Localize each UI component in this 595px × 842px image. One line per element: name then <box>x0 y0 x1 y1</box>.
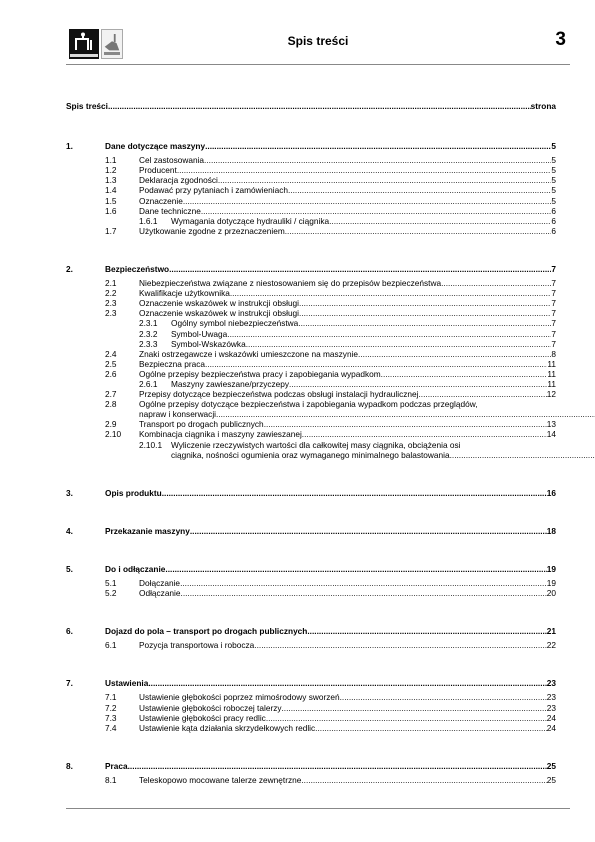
toc-entry[interactable]: 1.3Deklaracja zgodności5 <box>66 175 556 185</box>
toc-entry[interactable]: 5.2Odłączanie20 <box>66 588 556 598</box>
chapter-number: 4. <box>66 526 105 536</box>
dot-leader <box>302 429 547 439</box>
dot-leader <box>441 278 551 288</box>
entry-page: 7 <box>551 308 556 318</box>
toc-heading-title: Spis treści <box>66 101 108 111</box>
dot-leader <box>177 165 552 175</box>
toc-entry[interactable]: 7.1Ustawienie głębokości poprzez mimośro… <box>66 692 556 702</box>
entry-title: Ogólne przepisy bezpieczeństwa pracy i z… <box>139 369 381 379</box>
entry-number: 1.2 <box>105 165 139 175</box>
dot-leader <box>205 359 547 369</box>
entry-title: Bezpieczna praca <box>139 359 205 369</box>
toc-entry[interactable]: 1.4Podawać przy pytaniach i zamówieniach… <box>66 185 556 195</box>
entry-title: Wyliczenie rzeczywistych wartości dla ca… <box>171 440 595 450</box>
entry-title: Oznaczenie <box>139 196 183 206</box>
dot-leader <box>289 379 547 389</box>
entry-page: 20 <box>547 588 556 598</box>
toc-chapter-entry[interactable]: 4.Przekazanie maszyny18 <box>66 526 556 536</box>
toc-entry[interactable]: 2.6Ogólne przepisy bezpieczeństwa pracy … <box>66 369 556 379</box>
toc-entry[interactable]: 1.5Oznaczenie5 <box>66 196 556 206</box>
entry-number: 2.3.3 <box>139 339 171 349</box>
page-title: Spis treści <box>66 34 570 48</box>
entry-number: 2.7 <box>105 389 139 399</box>
entry-page: 12 <box>547 389 556 399</box>
entry-page: 6 <box>551 206 556 216</box>
entry-page: 7 <box>551 278 556 288</box>
entry-number: 2.6.1 <box>139 379 171 389</box>
toc-entry[interactable]: 2.8Ogólne przepisy dotyczące bezpieczeńs… <box>66 399 556 419</box>
entry-page: 25 <box>547 775 556 785</box>
entry-title: Kwalifikacje użytkownika <box>139 288 230 298</box>
toc-entry[interactable]: 6.1Pozycja transportowa i robocza22 <box>66 640 556 650</box>
entry-title: Symbol-Uwaga <box>171 329 227 339</box>
entry-title: Wymagania dotyczące hydrauliki / ciągnik… <box>171 216 329 226</box>
toc-entry[interactable]: 1.2Producent5 <box>66 165 556 175</box>
toc-chapter-entry[interactable]: 7.Ustawienia23 <box>66 678 556 688</box>
page-header: Spis treści 3 <box>66 26 570 64</box>
dot-leader <box>216 409 595 419</box>
entry-page: 23 <box>547 692 556 702</box>
toc-entry[interactable]: 2.4Znaki ostrzegawcze i wskazówki umiesz… <box>66 349 556 359</box>
dot-leader <box>418 389 546 399</box>
toc-entry[interactable]: 1.6.1Wymagania dotyczące hydrauliki / ci… <box>66 216 556 226</box>
entry-number: 2.4 <box>105 349 139 359</box>
chapter-page: 5 <box>551 141 556 151</box>
entry-page: 19 <box>547 578 556 588</box>
toc-entry[interactable]: 2.3Oznaczenie wskazówek w instrukcji obs… <box>66 308 556 318</box>
dot-leader <box>340 692 547 702</box>
dot-leader <box>227 329 551 339</box>
dot-leader <box>298 318 551 328</box>
toc-entry[interactable]: 2.3.1Ogólny symbol niebezpieczeństwa7 <box>66 318 556 328</box>
entry-number: 2.1 <box>105 278 139 288</box>
dot-leader <box>108 101 531 111</box>
entry-page: 7 <box>551 288 556 298</box>
toc-entry[interactable]: 7.4Ustawienie kąta działania skrzydełkow… <box>66 723 556 733</box>
entry-title: Pozycja transportowa i robocza <box>139 640 254 650</box>
entry-number: 5.1 <box>105 578 139 588</box>
entry-page: 7 <box>551 298 556 308</box>
toc-chapter-entry[interactable]: 5.Do i odłączanie19 <box>66 564 556 574</box>
entry-number: 5.2 <box>105 588 139 598</box>
entry-number: 2.3 <box>105 308 139 318</box>
entry-page: 7 <box>551 318 556 328</box>
entry-number: 2.2 <box>105 288 139 298</box>
entry-title: Ustawienie głębokości poprzez mimośrodow… <box>139 692 340 702</box>
entry-number: 1.1 <box>105 155 139 165</box>
toc-entry[interactable]: 2.6.1Maszyny zawieszane/przyczepy11 <box>66 379 556 389</box>
dot-leader <box>282 703 547 713</box>
entry-title: Ustawienie głębokości pracy redlic <box>139 713 266 723</box>
chapter-page: 19 <box>547 564 556 574</box>
chapter-number: 6. <box>66 626 105 636</box>
toc-chapter-entry[interactable]: 8.Praca25 <box>66 761 556 771</box>
entry-number: 1.4 <box>105 185 139 195</box>
toc-entry[interactable]: 2.10.1Wyliczenie rzeczywistych wartości … <box>66 440 556 460</box>
header-divider <box>66 64 570 65</box>
entry-page: 11 <box>547 359 556 369</box>
toc-chapter-entry[interactable]: 2.Bezpieczeństwo7 <box>66 264 556 274</box>
toc-chapter-entry[interactable]: 1.Dane dotyczące maszyny5 <box>66 141 556 151</box>
toc-entry[interactable]: 2.3.3Symbol-Wskazówka7 <box>66 339 556 349</box>
entry-page: 24 <box>547 723 556 733</box>
dot-leader <box>169 264 551 274</box>
chapter-number: 7. <box>66 678 105 688</box>
footer-divider <box>66 808 570 809</box>
chapter-number: 1. <box>66 141 105 151</box>
toc-entry[interactable]: 2.2Kwalifikacje użytkownika7 <box>66 288 556 298</box>
chapter-page: 25 <box>547 761 556 771</box>
toc-entry[interactable]: 2.1Niebezpieczeństwa związane z niestoso… <box>66 278 556 288</box>
entry-title: Kombinacja ciągnika i maszyny zawieszane… <box>139 429 302 439</box>
dot-leader <box>285 226 552 236</box>
dot-leader <box>254 640 546 650</box>
dot-leader <box>264 419 547 429</box>
toc-entry[interactable]: 1.1Cel zastosowania5 <box>66 155 556 165</box>
entry-title: Ogólne przepisy dotyczące bezpieczeństwa… <box>139 399 595 409</box>
dot-leader <box>230 288 552 298</box>
entry-number: 7.3 <box>105 713 139 723</box>
dot-leader <box>205 141 551 151</box>
entry-number: 7.2 <box>105 703 139 713</box>
entry-page: 11 <box>547 369 556 379</box>
entry-page: 23 <box>547 703 556 713</box>
entry-title-continued: ciągnika, nośności ogumienia oraz wymaga… <box>171 450 450 460</box>
entry-page: 7 <box>551 329 556 339</box>
dot-leader <box>128 761 547 771</box>
entry-title: Oznaczenie wskazówek w instrukcji obsług… <box>139 308 299 318</box>
dot-leader <box>329 216 551 226</box>
entry-title: Odłączanie <box>139 588 181 598</box>
chapter-title: Bezpieczeństwo <box>105 264 169 274</box>
entry-number: 6.1 <box>105 640 139 650</box>
entry-number: 1.6.1 <box>139 216 171 226</box>
toc-entry[interactable]: 2.3Oznaczenie wskazówek w instrukcji obs… <box>66 298 556 308</box>
entry-number: 2.3.1 <box>139 318 171 328</box>
entry-page: 22 <box>547 640 556 650</box>
chapter-page: 23 <box>547 678 556 688</box>
chapter-title: Praca <box>105 761 128 771</box>
dot-leader <box>183 196 552 206</box>
chapter-title: Ustawienia <box>105 678 148 688</box>
entry-number: 2.5 <box>105 359 139 369</box>
dot-leader <box>246 339 552 349</box>
toc-chapter-entry[interactable]: 3.Opis produktu16 <box>66 488 556 498</box>
dot-leader <box>204 155 551 165</box>
chapter-number: 5. <box>66 564 105 574</box>
dot-leader <box>288 185 551 195</box>
entry-number: 2.8 <box>105 399 139 419</box>
entry-page: 5 <box>551 175 556 185</box>
entry-number: 1.6 <box>105 206 139 216</box>
dot-leader <box>190 526 547 536</box>
entry-page: 5 <box>551 185 556 195</box>
entry-page: 5 <box>551 165 556 175</box>
entry-number: 7.4 <box>105 723 139 733</box>
toc-entry[interactable]: 2.3.2Symbol-Uwaga7 <box>66 329 556 339</box>
dot-leader <box>307 626 546 636</box>
entry-number: 2.10.1 <box>139 440 171 460</box>
dot-leader <box>315 723 547 733</box>
chapter-title: Do i odłączanie <box>105 564 165 574</box>
entry-title: Cel zastosowania <box>139 155 204 165</box>
toc-heading: Spis treści strona <box>66 101 556 111</box>
entry-number: 1.5 <box>105 196 139 206</box>
entry-title: Oznaczenie wskazówek w instrukcji obsług… <box>139 298 299 308</box>
entry-page: 6 <box>551 216 556 226</box>
dot-leader <box>162 488 547 498</box>
entry-page: 11 <box>547 379 556 389</box>
entry-page: 5 <box>551 155 556 165</box>
dot-leader <box>181 588 547 598</box>
entry-title: Symbol-Wskazówka <box>171 339 246 349</box>
entry-number: 2.3 <box>105 298 139 308</box>
entry-title: Deklaracja zgodności <box>139 175 218 185</box>
dot-leader <box>180 578 547 588</box>
dot-leader <box>148 678 546 688</box>
entry-number: 8.1 <box>105 775 139 785</box>
entry-page: 8 <box>551 349 556 359</box>
toc-entry[interactable]: 7.2Ustawienie głębokości roboczej talerz… <box>66 703 556 713</box>
entry-title: Przepisy dotyczące bezpieczeństwa podcza… <box>139 389 418 399</box>
entry-title: Podawać przy pytaniach i zamówieniach <box>139 185 288 195</box>
entry-title: Znaki ostrzegawcze i wskazówki umieszczo… <box>139 349 358 359</box>
chapter-title: Dojazd do pola – transport po drogach pu… <box>105 626 307 636</box>
chapter-number: 8. <box>66 761 105 771</box>
chapter-page: 21 <box>547 626 556 636</box>
entry-title: Niebezpieczeństwa związane z niestosowan… <box>139 278 441 288</box>
entry-number: 1.3 <box>105 175 139 185</box>
entry-title: Maszyny zawieszane/przyczepy <box>171 379 289 389</box>
dot-leader <box>218 175 552 185</box>
entry-title: Użytkowanie zgodne z przeznaczeniem <box>139 226 285 236</box>
chapter-page: 16 <box>547 488 556 498</box>
toc-entry[interactable]: 1.6Dane techniczne6 <box>66 206 556 216</box>
entry-page: 7 <box>551 339 556 349</box>
toc-chapter-entry[interactable]: 6.Dojazd do pola – transport po drogach … <box>66 626 556 636</box>
dot-leader <box>266 713 547 723</box>
dot-leader <box>299 298 551 308</box>
entry-number: 2.9 <box>105 419 139 429</box>
dot-leader <box>358 349 551 359</box>
toc-entry[interactable]: 1.7Użytkowanie zgodne z przeznaczeniem6 <box>66 226 556 236</box>
chapter-title: Opis produktu <box>105 488 162 498</box>
entry-title: Transport po drogach publicznych <box>139 419 264 429</box>
chapter-title: Przekazanie maszyny <box>105 526 190 536</box>
dot-leader <box>201 206 552 216</box>
page-number: 3 <box>555 29 566 51</box>
entry-page: 13 <box>547 419 556 429</box>
entry-title: Ustawienie kąta działania skrzydełkowych… <box>139 723 315 733</box>
entry-number: 2.3.2 <box>139 329 171 339</box>
dot-leader <box>165 564 546 574</box>
dot-leader <box>299 308 551 318</box>
entry-title: Dołączanie <box>139 578 180 588</box>
toc-heading-page-label: strona <box>531 101 556 111</box>
dot-leader <box>450 450 595 460</box>
entry-page: 14 <box>547 429 556 439</box>
toc-entry[interactable]: 5.1Dołączanie19 <box>66 578 556 588</box>
entry-title: Dane techniczne <box>139 206 201 216</box>
entry-number: 2.6 <box>105 369 139 379</box>
chapter-number: 3. <box>66 488 105 498</box>
entry-page: 24 <box>547 713 556 723</box>
toc-entry[interactable]: 2.5Bezpieczna praca11 <box>66 359 556 369</box>
toc-entry[interactable]: 8.1Teleskopowo mocowane talerze zewnętrz… <box>66 775 556 785</box>
dot-leader <box>301 775 546 785</box>
toc-entry[interactable]: 2.10Kombinacja ciągnika i maszyny zawies… <box>66 429 556 439</box>
entry-number: 1.7 <box>105 226 139 236</box>
entry-title: Ustawienie głębokości roboczej talerzy <box>139 703 282 713</box>
table-of-contents: Spis treści strona 1.Dane dotyczące masz… <box>66 101 556 785</box>
entry-title: Ogólny symbol niebezpieczeństwa <box>171 318 298 328</box>
chapter-page: 18 <box>547 526 556 536</box>
entry-title: Producent <box>139 165 177 175</box>
dot-leader <box>381 369 548 379</box>
chapter-number: 2. <box>66 264 105 274</box>
entry-number: 2.10 <box>105 429 139 439</box>
chapter-title: Dane dotyczące maszyny <box>105 141 205 151</box>
toc-entry[interactable]: 2.9Transport po drogach publicznych13 <box>66 419 556 429</box>
entry-title-continued: napraw i konserwacji <box>139 409 216 419</box>
entry-page: 5 <box>551 196 556 206</box>
entry-title: Teleskopowo mocowane talerze zewnętrzne <box>139 775 301 785</box>
toc-entry[interactable]: 7.3Ustawienie głębokości pracy redlic24 <box>66 713 556 723</box>
toc-entry[interactable]: 2.7Przepisy dotyczące bezpieczeństwa pod… <box>66 389 556 399</box>
entry-number: 7.1 <box>105 692 139 702</box>
chapter-page: 7 <box>551 264 556 274</box>
entry-page: 6 <box>551 226 556 236</box>
